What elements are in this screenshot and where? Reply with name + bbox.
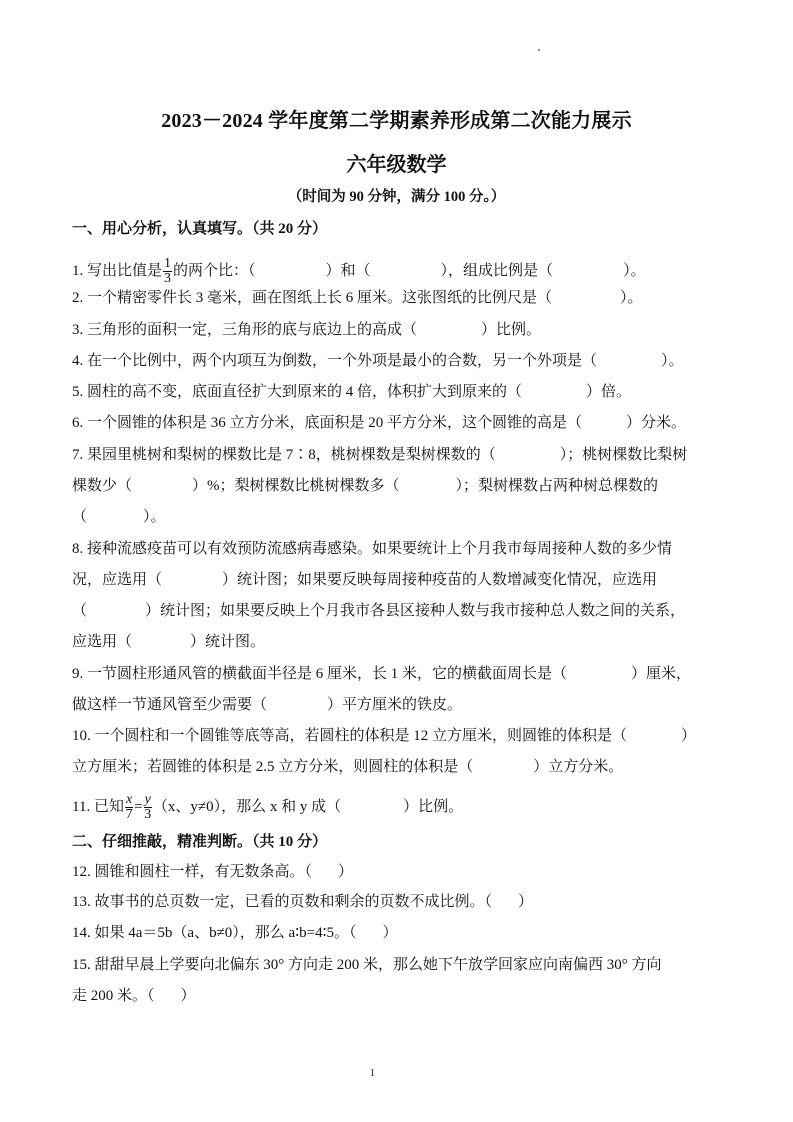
question-1: 1. 写出比值是13的两个比：（）和（），组成比例是（）。 bbox=[72, 257, 646, 286]
question-3: 3. 三角形的面积一定，三角形的底与底边上的高成（）比例。 bbox=[72, 320, 541, 340]
question-9-line-1: 9. 一节圆柱形通风管的横截面半径是 6 厘米，长 1 米，它的横截面周长是（）… bbox=[72, 664, 691, 684]
question-8-line-1: 8. 接种流感疫苗可以有效预防流感病毒感染。如果要统计上个月我市每周接种人数的多… bbox=[72, 539, 672, 559]
section-heading-1: 一、用心分析，认真填写。（共 20 分） bbox=[72, 217, 327, 238]
exam-subject: 六年级数学 bbox=[0, 148, 793, 177]
question-7-line-1: 7. 果园里桃树和梨树的棵数比是 7∶8，桃树棵数是梨树棵数的（）；桃树棵数比梨… bbox=[72, 445, 687, 465]
question-9-line-2: 做这样一节通风管至少需要（）平方厘米的铁皮。 bbox=[72, 695, 462, 715]
question-4: 4. 在一个比例中，两个内项互为倒数，一个外项是最小的合数，另一个外项是（）。 bbox=[72, 351, 684, 371]
question-7-line-2: 棵数少（）%；梨树棵数比桃树棵数多（）；梨树棵数占两种树总棵数的 bbox=[72, 476, 658, 496]
fraction-one-third: 13 bbox=[163, 257, 172, 286]
scan-dot bbox=[538, 49, 540, 51]
question-10-line-2: 立方厘米；若圆锥的体积是 2.5 立方分米，则圆柱的体积是（）立方分米。 bbox=[72, 757, 623, 777]
section-heading-2: 二、仔细推敲，精准判断。（共 10 分） bbox=[72, 830, 327, 851]
fraction-x-over-7: x7 bbox=[125, 793, 133, 822]
question-15-line-1: 15. 甜甜早晨上学要向北偏东 30° 方向走 200 米，那么她下午放学回家应… bbox=[72, 955, 662, 975]
question-8-line-3: （）统计图；如果要反映上个月我市各县区接种人数与我市接种总人数之间的关系， bbox=[72, 601, 685, 621]
question-10-line-1: 10. 一个圆柱和一个圆锥等底等高，若圆柱的体积是 12 立方厘米，则圆锥的体积… bbox=[72, 726, 696, 746]
question-8-line-2: 况，应选用（）统计图；如果要反映每周接种疫苗的人数增减变化情况，应选用 bbox=[72, 570, 657, 590]
exam-note: （时间为 90 分钟，满分 100 分。） bbox=[0, 185, 793, 206]
page-number: 1 bbox=[370, 1068, 375, 1079]
question-15-line-2: 走 200 米。（） bbox=[72, 986, 196, 1006]
fraction-y-over-3: y3 bbox=[144, 793, 152, 822]
question-5: 5. 圆柱的高不变，底面直径扩大到原来的 4 倍，体积扩大到原来的（）倍。 bbox=[72, 382, 631, 402]
question-7-line-3: （）。 bbox=[72, 507, 166, 527]
question-14: 14. 如果 4a＝5b（a、b≠0），那么 a∶b=4∶5。（） bbox=[72, 923, 398, 943]
question-13: 13. 故事书的总页数一定，已看的页数和剩余的页数不成比例。（） bbox=[72, 892, 533, 912]
question-12: 12. 圆锥和圆柱一样，有无数条高。（） bbox=[72, 862, 353, 882]
question-11: 11. 已知x7=y3（x、y≠0），那么 x 和 y 成（）比例。 bbox=[72, 793, 463, 822]
exam-title: 2023－2024 学年度第二学期素养形成第二次能力展示 bbox=[0, 104, 793, 133]
question-6: 6. 一个圆锥的体积是 36 立方分米，底面积是 20 平方分米，这个圆锥的高是… bbox=[72, 413, 686, 433]
question-8-line-4: 应选用（）统计图。 bbox=[72, 632, 265, 652]
question-2: 2. 一个精密零件长 3 毫米，画在图纸上长 6 厘米。这张图纸的比例尺是（）。 bbox=[72, 288, 643, 308]
